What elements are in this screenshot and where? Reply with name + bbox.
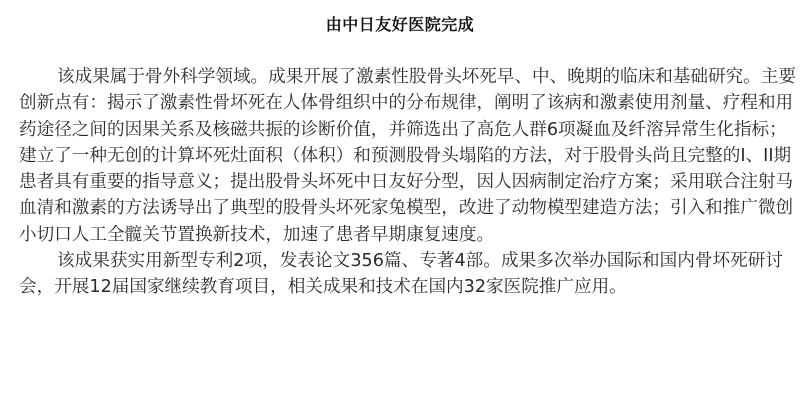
paragraph-line: 该成果获实用新型专利2项，发表论文356篇、专著4部。成果多次举办国际和国内骨坏… (19, 248, 783, 274)
paragraph-line: 创新点有：揭示了激素性骨坏死在人体骨组织中的分布规律，阐明了该病和激素使用剂量、… (19, 90, 783, 116)
paragraph-line: 患者具有重要的指导意义；提出股骨头坏死中日友好分型，因人因病制定治疗方案；采用联… (19, 169, 783, 195)
document-title: 由中日友好医院完成 (0, 13, 800, 37)
paragraph-line: 血清和激素的方法诱导出了典型的股骨头坏死家兔模型，改进了动物模型建造方法；引入和… (19, 195, 783, 221)
paragraph-line: 小切口人工全髋关节置换新技术，加速了患者早期康复速度。 (19, 222, 783, 248)
paragraph-achievements: 该成果获实用新型专利2项，发表论文356篇、专著4部。成果多次举办国际和国内骨坏… (19, 248, 783, 301)
paragraph-line: 该成果属于骨外科学领域。成果开展了激素性股骨头坏死早、中、晚期的临床和基础研究。… (19, 64, 783, 90)
paragraph-line: 建立了一种无创的计算坏死灶面积（体积）和预测股骨头塌陷的方法，对于股骨头尚且完整… (19, 143, 783, 169)
paragraph-research-summary: 该成果属于骨外科学领域。成果开展了激素性股骨头坏死早、中、晚期的临床和基础研究。… (19, 64, 783, 248)
paragraph-line: 药途径之间的因果关系及核磁共振的诊断价值，并筛选出了高危人群6项凝血及纤溶异常生… (19, 117, 783, 143)
paragraph-line: 会，开展12届国家继续教育项目，相关成果和技术在国内32家医院推广应用。 (19, 274, 783, 300)
document-body: 该成果属于骨外科学领域。成果开展了激素性股骨头坏死早、中、晚期的临床和基础研究。… (19, 64, 783, 301)
